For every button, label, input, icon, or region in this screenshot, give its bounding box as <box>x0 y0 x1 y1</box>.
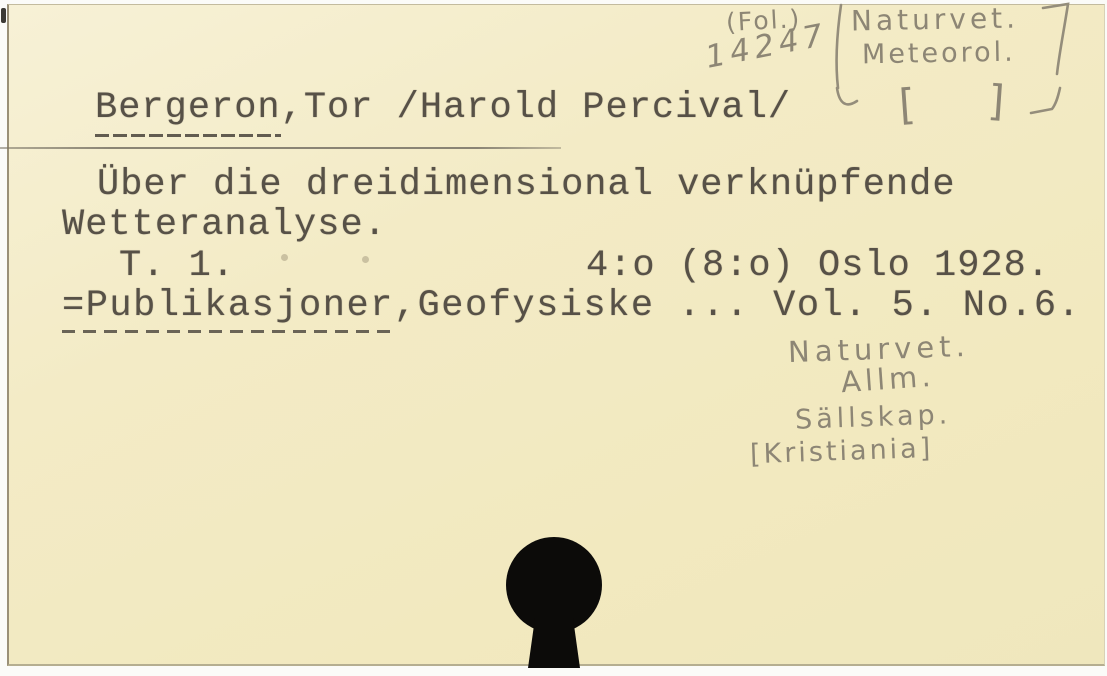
classification-line-2: Meteorol. <box>862 37 1016 71</box>
series-rest: ,Geofysiske ... Vol. 5. No.6. <box>394 285 1081 327</box>
faint-typewriter-mark <box>281 254 288 261</box>
title-line-1: Über die dreidimensional verknüpfende <box>97 165 956 205</box>
subject-annotation-line-2: Allm. <box>840 359 936 399</box>
classification-line-1: Naturvet. <box>851 2 1020 38</box>
series-statement: =Publikasjoner,Geofysiske ... Vol. 5. No… <box>62 286 1081 326</box>
subject-annotation-line-3: Sällskap. <box>795 399 952 435</box>
author-heading: Bergeron,Tor /Harold Percival/ <box>95 88 791 128</box>
author-name-rest: ,Tor /Harold Percival/ <box>281 87 791 129</box>
scan-edge-mark <box>1 8 6 23</box>
subject-annotation-line-4: [Kristiania] <box>750 433 934 470</box>
faint-typewriter-mark <box>362 256 369 263</box>
volume-statement: T. 1. <box>119 246 235 286</box>
series-title-underlined: =Publikasjoner <box>62 285 394 333</box>
author-name-underlined: Bergeron <box>95 87 281 137</box>
heading-divider-rule <box>0 147 561 149</box>
format-imprint: 4:o (8:o) Oslo 1928. <box>586 246 1050 286</box>
pencil-bracket-close: ] <box>986 75 1006 125</box>
scanned-catalog-card-page: Bergeron,Tor /Harold Percival/ Über die … <box>0 0 1107 676</box>
title-line-2: Wetteranalyse. <box>62 205 387 245</box>
pencil-bracket-open: [ <box>897 79 917 129</box>
